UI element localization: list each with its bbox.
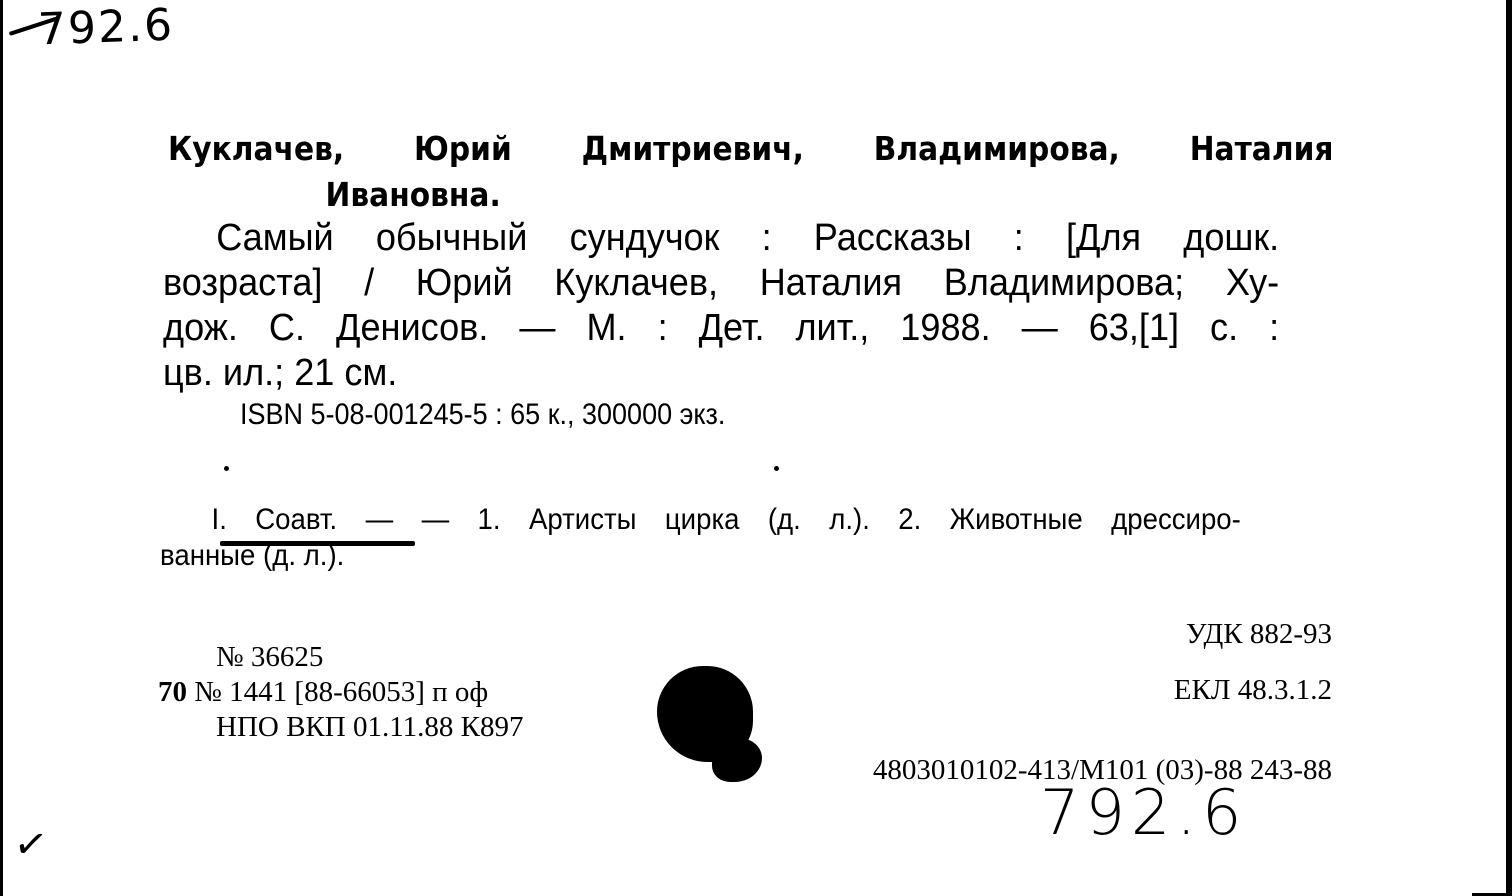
description-line: цв. ил.; 21 см.: [163, 351, 1279, 396]
description-line: дож. С. Денисов. — М. : Дет. лит., 1988.…: [163, 306, 1279, 351]
isbn-line: ISBN 5-08-001245-5 : 65 к., 300000 экз.: [240, 398, 725, 432]
imprint-line: НПО ВКП 01.11.88 К897: [158, 710, 523, 745]
heading-word: Владимирова,: [874, 126, 1120, 172]
check-mark-icon: ✓: [11, 820, 53, 870]
imprint-line: 70 № 1441 [88-66053] п оф: [158, 675, 523, 710]
bibliographic-description: Самый обычный сундучок : Рассказы : [Для…: [163, 216, 1279, 396]
classification-indices: УДК 882-93 ЕКЛ 48.3.1.2: [1174, 614, 1332, 726]
description-line: Самый обычный сундучок : Рассказы : [Для…: [163, 216, 1279, 261]
pen-underline: [220, 541, 415, 546]
card-edge-left: [0, 0, 3, 896]
ink-blot-tail: [712, 738, 762, 782]
author-heading-line1: Куклачев, Юрий Дмитриевич, Владимирова, …: [168, 126, 1334, 172]
printing-imprint: № 36625 70 № 1441 [88-66053] п оф НПО ВК…: [158, 640, 523, 745]
tracing-line: I. Соавт. — — 1. Артисты цирка (д. л.). …: [160, 502, 1241, 538]
catalog-card: 792.6 Куклачев, Юрий Дмитриевич, Владими…: [0, 0, 1512, 896]
author-heading: Куклачев, Юрий Дмитриевич, Владимирова, …: [168, 126, 1221, 218]
heading-word: Наталия: [1190, 126, 1334, 172]
speck: [774, 466, 779, 471]
heading-word: Куклачев,: [168, 126, 344, 172]
heading-word: Юрий: [414, 126, 512, 172]
author-heading-line2: Ивановна.: [168, 172, 1221, 218]
handwritten-call-number-top: 792.6: [37, 0, 175, 55]
udk-index: УДК 882-93: [1174, 614, 1332, 670]
heading-word: Дмитриевич,: [582, 126, 804, 172]
speck: [224, 466, 229, 471]
description-line: возраста] / Юрий Куклачев, Наталия Влади…: [163, 261, 1279, 306]
handwritten-call-number-bottom: 792.6: [1040, 776, 1248, 849]
tracings: I. Соавт. — — 1. Артисты цирка (д. л.). …: [160, 502, 1241, 574]
imprint-line: № 36625: [158, 640, 523, 675]
card-edge-right: [1506, 0, 1512, 896]
ekl-index: ЕКЛ 48.3.1.2: [1174, 670, 1332, 726]
